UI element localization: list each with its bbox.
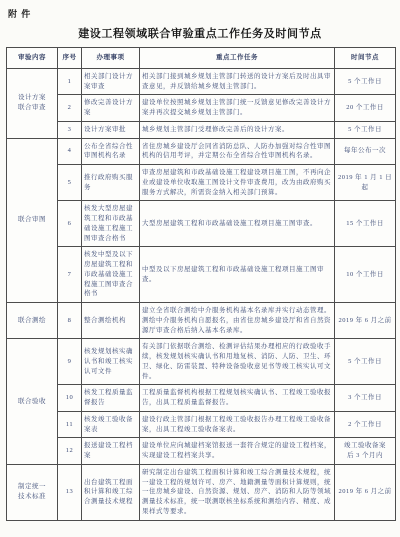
row-task: 建立全省联合测绘中介服务机构基本名录库并实行动态管理。测绘中介服务机构自愿报名，… xyxy=(140,303,335,339)
table-row: 制定统一 技术标准 13 出台建筑工程面积计算和竣工综合测量技术规程 研究制定出… xyxy=(7,464,396,520)
row-task: 研究制定出台建筑工程面积计算和竣工综合测量技术规程，统一建设工程的规划许可、房产… xyxy=(140,464,335,520)
row-time: 2019 年 1 月 1 日起 xyxy=(335,165,396,201)
row-no: 9 xyxy=(58,339,82,385)
table-row: 2 修改完善设计方案 建设单位按照城乡规划主管部门统一反馈意见修改完善设计方案并… xyxy=(7,95,396,122)
table-row: 联合测绘 8 整合测绘机构 建立全省联合测绘中介服务机构基本名录库并实行动态管理… xyxy=(7,303,396,339)
row-no: 4 xyxy=(58,138,82,165)
row-item: 出台建筑工程面积计算和竣工综合测量技术规程 xyxy=(82,464,140,520)
category-cell-joint-acceptance: 联合验收 xyxy=(7,339,58,465)
row-task: 审查房屋建筑和市政基础设施工程建设项目施工图，不再向企业或建设单位收取施工图设计… xyxy=(140,165,335,201)
col-header-time: 时间节点 xyxy=(335,48,396,69)
row-task: 中型及以下房屋建筑工程和市政基础设施工程项目施工图审查。 xyxy=(140,247,335,303)
table-row: 3 设计方案审批 城乡规划主管部门受理修改完善后的设计方案。 5 个工作日 xyxy=(7,121,396,138)
col-header-no: 序号 xyxy=(58,48,82,69)
row-no: 10 xyxy=(58,385,82,412)
col-header-task: 重点工作任务 xyxy=(140,48,335,69)
row-no: 11 xyxy=(58,411,82,438)
row-item: 核发大型房屋建筑工程和市政基础设施工程施工图审查合格书 xyxy=(82,201,140,247)
row-task: 大型房屋建筑工程和市政基础设施工程项目施工图审查。 xyxy=(140,201,335,247)
row-no: 5 xyxy=(58,165,82,201)
category-cell-unified-standards: 制定统一 技术标准 xyxy=(7,464,58,520)
row-item: 核发竣工验收备案表 xyxy=(82,411,140,438)
row-item: 核发工程质量监督报告 xyxy=(82,385,140,412)
row-no: 13 xyxy=(58,464,82,520)
row-time: 5 个工作日 xyxy=(335,68,396,95)
row-no: 1 xyxy=(58,68,82,95)
col-header-category: 审验内容 xyxy=(7,48,58,69)
row-no: 3 xyxy=(58,121,82,138)
row-time: 3 个工作日 xyxy=(335,385,396,412)
row-time: 5 个工作日 xyxy=(335,121,396,138)
row-time: 20 个工作日 xyxy=(335,95,396,122)
row-time: 2019 年 6 月之前 xyxy=(335,303,396,339)
row-task: 建设单位应向城建档案馆报送一套符合规定的建设工程档案，实现建设工程档案共享。 xyxy=(140,438,335,465)
table-row: 联合审图 4 公布全省综合性审图机构名录 省住房城乡建设厅会同省消防总队、人防办… xyxy=(7,138,396,165)
row-no: 12 xyxy=(58,438,82,465)
table-row: 设计方案 联合审查 1 相关部门设计方案审查 相关部门接到城乡规划主管部门转送的… xyxy=(7,68,396,95)
row-task: 建设单位按照城乡规划主管部门统一反馈意见修改完善设计方案并再次提交城乡规划主管部… xyxy=(140,95,335,122)
category-cell-joint-surveying: 联合测绘 xyxy=(7,303,58,339)
row-task: 相关部门接到城乡规划主管部门转送的设计方案后及时出具审查意见，并反馈给城乡规划主… xyxy=(140,68,335,95)
row-item: 整合测绘机构 xyxy=(82,303,140,339)
row-item: 公布全省综合性审图机构名录 xyxy=(82,138,140,165)
category-cell-joint-drawing-review: 联合审图 xyxy=(7,138,58,303)
row-time: 2019 年 6 月之前 xyxy=(335,464,396,520)
row-item: 推行政府购买服务 xyxy=(82,165,140,201)
row-item: 报送建设工程档案 xyxy=(82,438,140,465)
row-task: 城乡规划主管部门受理修改完善后的设计方案。 xyxy=(140,121,335,138)
row-task: 省住房城乡建设厅会同省消防总队、人防办加强对综合性审图机构的信用考评，并定期公布… xyxy=(140,138,335,165)
row-item: 核发中型及以下房屋建筑工程和市政基础设施工程施工图审查合格书 xyxy=(82,247,140,303)
row-task: 有关部门依据联合测绘、检测评估结果办理相应的行政验收手续，核发规划核实确认书和用… xyxy=(140,339,335,385)
col-header-item: 办理事项 xyxy=(82,48,140,69)
row-no: 2 xyxy=(58,95,82,122)
row-task: 建设行政主管部门根据工程竣工验收报告办理工程竣工验收备案，出具工程竣工验收备案表… xyxy=(140,411,335,438)
table-row: 10 核发工程质量监督报告 工程质量监督机构根据工程规划核实确认书、工程竣工验收… xyxy=(7,385,396,412)
table-row: 12 报送建设工程档案 建设单位应向城建档案馆报送一套符合规定的建设工程档案，实… xyxy=(7,438,396,465)
row-time: 10 个工作日 xyxy=(335,247,396,303)
row-item: 修改完善设计方案 xyxy=(82,95,140,122)
table-row: 7 核发中型及以下房屋建筑工程和市政基础设施工程施工图审查合格书 中型及以下房屋… xyxy=(7,247,396,303)
row-item: 设计方案审批 xyxy=(82,121,140,138)
review-task-table: 审验内容 序号 办理事项 重点工作任务 时间节点 设计方案 联合审查 1 相关部… xyxy=(6,47,396,521)
row-no: 7 xyxy=(58,247,82,303)
row-no: 6 xyxy=(58,201,82,247)
row-time: 每年公布一次 xyxy=(335,138,396,165)
table-row: 6 核发大型房屋建筑工程和市政基础设施工程施工图审查合格书 大型房屋建筑工程和市… xyxy=(7,201,396,247)
row-item: 相关部门设计方案审查 xyxy=(82,68,140,95)
row-no: 8 xyxy=(58,303,82,339)
row-time: 2 个工作日 xyxy=(335,411,396,438)
category-cell-design-review: 设计方案 联合审查 xyxy=(7,68,58,138)
attachment-label: 附 件 xyxy=(8,7,394,20)
table-header-row: 审验内容 序号 办理事项 重点工作任务 时间节点 xyxy=(7,48,396,69)
table-row: 5 推行政府购买服务 审查房屋建筑和市政基础设施工程建设项目施工图，不再向企业或… xyxy=(7,165,396,201)
row-time: 15 个工作日 xyxy=(335,201,396,247)
row-time: 5 个工作日 xyxy=(335,339,396,385)
table-row: 11 核发竣工验收备案表 建设行政主管部门根据工程竣工验收报告办理工程竣工验收备… xyxy=(7,411,396,438)
row-item: 核发规划核实确认书和竣工核实认可文件 xyxy=(82,339,140,385)
row-time: 竣工验收备案 后 3 个月内 xyxy=(335,438,396,465)
document-page: 附 件 建设工程领域联合审验重点工作任务及时间节点 审验内容 序号 办理事项 重… xyxy=(0,0,400,521)
table-row: 联合验收 9 核发规划核实确认书和竣工核实认可文件 有关部门依据联合测绘、检测评… xyxy=(7,339,396,385)
row-task: 工程质量监督机构根据工程规划核实确认书、工程竣工验收报告，出具工程质量监督报告。 xyxy=(140,385,335,412)
page-title: 建设工程领域联合审验重点工作任务及时间节点 xyxy=(6,25,394,41)
